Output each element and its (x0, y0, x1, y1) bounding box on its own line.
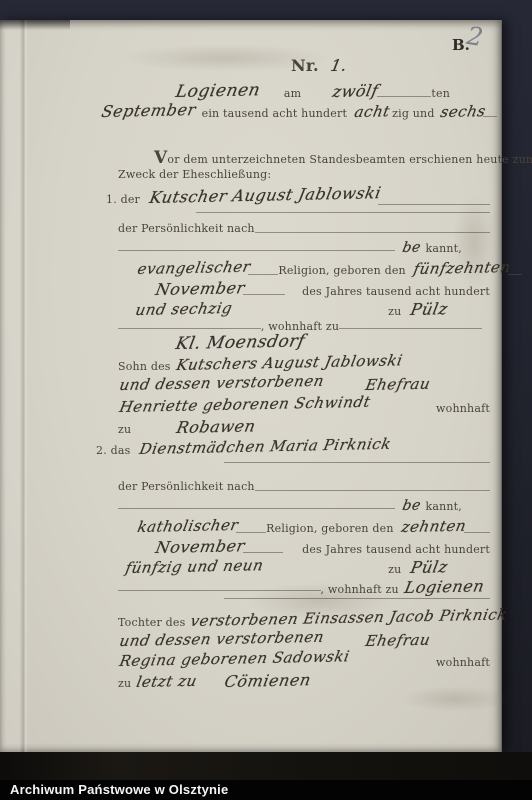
handwritten-entry: und sechzig (134, 299, 234, 319)
spacer (406, 279, 412, 280)
printed-form-text: Zweck der Eheschließung: (118, 168, 271, 181)
form-rule-line (464, 532, 490, 533)
handwritten-entry: katholischer (136, 516, 240, 536)
printed-form-text: Nr. (291, 56, 319, 75)
printed-form-text: des Jahres tausend acht hundert (302, 543, 490, 556)
spacer (140, 209, 148, 210)
handwritten-entry: Robawen (175, 416, 257, 437)
printed-form-text: des Jahres tausend acht hundert (302, 285, 490, 298)
handwritten-entry: fünfzig und neun (124, 556, 265, 577)
handwritten-entry: Pülz (409, 557, 449, 577)
residence-label-2: , wohnhaft zuLogienen (96, 578, 490, 596)
handwritten-entry: Logienen (403, 576, 486, 597)
spacer (283, 557, 302, 558)
form-rule-line (255, 490, 490, 491)
handwritten-entry: November (154, 536, 247, 557)
handwritten-entry: Regina geborenen Sadowski (118, 647, 351, 670)
spacer (435, 121, 439, 122)
handwritten-entry: Henriette geborenen Schwindt (118, 393, 372, 416)
handwritten-entry: Pülz (409, 299, 449, 319)
printed-form-text: zig und (392, 107, 434, 120)
handwritten-entry: letzt zu (135, 672, 199, 691)
handwritten-entry: evangelischer (136, 258, 252, 278)
spacer (446, 319, 490, 320)
blank-rule-2 (96, 462, 490, 468)
printed-form-text: 2. das (96, 444, 130, 457)
scanned-record-view: B. 2 Nr.1.LogienenamzwölftenSeptemberein… (0, 0, 532, 800)
printed-form-text: Sohn des (118, 360, 171, 373)
spacer (309, 693, 439, 694)
corner-shadow (0, 20, 70, 30)
mother-residence-1: zuRobawen (96, 418, 490, 438)
printed-form-text: zu (118, 423, 131, 436)
handwritten-entry: und dessen verstorbenen (118, 372, 326, 394)
archive-watermark-text: Archiwum Państwowe w Olsztynie (10, 782, 228, 797)
spacer (388, 121, 392, 122)
printed-form-text: ein tausend acht hundert (202, 107, 347, 120)
form-rule-line (243, 552, 283, 553)
birthyear-line-2: Novemberdes Jahres tausend acht hundert (96, 538, 490, 558)
spacer (401, 319, 409, 320)
form-rule-line (255, 232, 490, 233)
separator-rule (96, 598, 490, 604)
handwritten-entry: be (401, 498, 422, 514)
form-rule-line (118, 328, 261, 329)
bride-line: 2. dasDienstmädchen Maria Pirknick (96, 440, 490, 462)
form-rule-line (248, 274, 278, 275)
printed-form-text: Tochter des (118, 616, 185, 629)
identity-label-1: der Persönlichkeit nach (96, 222, 490, 238)
groom-line: 1. derKutscher August Jablowski (96, 188, 490, 210)
birthyear2-line-2: fünfzig und neunzuPülz (96, 558, 490, 578)
handwritten-entry: sechs (439, 102, 487, 121)
form-rule-line (224, 598, 490, 599)
printed-form-text: wohnhaft (436, 656, 490, 669)
printed-form-text: zu (388, 305, 401, 318)
handwritten-entry: Ehefrau (364, 631, 432, 650)
known-line-2: bekannt, (96, 498, 490, 514)
form-rule-line (224, 462, 490, 463)
spacer (131, 437, 175, 438)
form-rule-line (118, 250, 395, 251)
printed-form-text: wohnhaft (436, 402, 490, 415)
identity-label-2: der Persönlichkeit nach (96, 480, 490, 496)
handwritten-entry: Cömienen (223, 670, 313, 691)
form-rule-line (118, 508, 395, 509)
mother-residence-2: zuletzt zuCömienen (96, 672, 490, 694)
handwritten-entry: 1. (329, 56, 349, 75)
handwritten-entry: November (154, 278, 247, 299)
birthyear-line-1: Novemberdes Jahres tausend acht hundert (96, 280, 490, 300)
handwritten-entry: verstorbenen Einsassen Jacob Pirknick (189, 605, 509, 630)
handwritten-entry: be (401, 240, 422, 256)
form-rule-line (243, 294, 285, 295)
handwritten-entry: Ehefrau (364, 375, 432, 394)
religion-line-1: evangelischerReligion, geboren denfünfze… (96, 260, 490, 280)
printed-form-text: der Persönlichkeit nach (118, 480, 255, 493)
archive-caption-bar: Archiwum Państwowe w Olsztynie (0, 780, 532, 800)
handwritten-entry: und dessen verstorbenen (118, 628, 326, 650)
spacer (258, 101, 284, 102)
printed-form-text: Vor dem unterzeichneten Standesbeamten e… (154, 148, 532, 168)
printed-form-text: am (284, 87, 301, 100)
handwritten-entry: Logienen (174, 80, 262, 102)
spacer (319, 75, 329, 76)
printed-form-text: Religion, geboren den (278, 264, 406, 277)
mother-line-1a: und dessen verstorbenenEhefrau (96, 376, 490, 396)
spacer (195, 693, 223, 694)
place-date-line: Logienenamzwölften (96, 82, 490, 102)
spacer (131, 693, 135, 694)
document-lines: Nr.1.LogienenamzwölftenSeptemberein taus… (96, 56, 490, 694)
printed-form-text: 1. der (106, 193, 140, 206)
book-bottom-edge (0, 752, 532, 780)
appearance-line: Vor dem unterzeichneten Standesbeamten e… (96, 148, 490, 166)
handwritten-entry: Kl. Moensdorf (174, 331, 307, 354)
spacer (419, 513, 425, 514)
spacer (301, 101, 331, 102)
form-rule-line (236, 532, 266, 533)
form-rule-line (378, 204, 490, 205)
printed-form-text: der Persönlichkeit nach (118, 222, 255, 235)
year-line: Septemberein tausend acht hundertachtzig… (96, 102, 490, 122)
spacer (482, 595, 490, 596)
spacer (261, 577, 388, 578)
printed-form-text: zu (118, 677, 131, 690)
handwritten-entry: fünfzehnten (412, 258, 512, 278)
form-rule-line (339, 328, 482, 329)
page-fold-strip (0, 20, 20, 752)
handwritten-entry: zwölf (331, 81, 380, 101)
printed-form-text: ten (431, 87, 450, 100)
printed-form-text: kannt, (425, 500, 462, 513)
handwritten-entry: zehnten (400, 517, 468, 536)
handwritten-entry: September (100, 100, 198, 121)
printed-form-text: kannt, (425, 242, 462, 255)
form-rule-line (196, 212, 490, 213)
printed-form-text: zu (388, 563, 401, 576)
handwritten-entry: Kutscher August Jablowski (148, 183, 383, 207)
spacer (368, 417, 436, 418)
known-line-1: bekannt, (96, 240, 490, 256)
spacer (130, 461, 138, 462)
form-rule-line (508, 274, 522, 275)
spacer (394, 537, 400, 538)
handwritten-entry: acht (353, 102, 392, 121)
form-rule-line (118, 590, 321, 591)
religion-line-2: katholischerReligion, geboren denzehnten (96, 518, 490, 538)
spacer (419, 255, 425, 256)
printed-form-text: Religion, geboren den (266, 522, 394, 535)
mother-line-1b: Henriette geborenen Schwindtwohnhaft (96, 398, 490, 418)
mother-line-2b: Regina geborenen Sadowskiwohnhaft (96, 652, 490, 672)
gutter-crease (20, 20, 28, 752)
form-rule-line (483, 116, 497, 117)
form-rule-line (377, 96, 432, 97)
spacer (285, 299, 302, 300)
spacer (347, 121, 353, 122)
handwritten-entry: Kutschers August Jablowski (175, 351, 404, 374)
form-number-line: Nr.1. (96, 56, 490, 76)
printed-form-text: , wohnhaft zu (321, 583, 399, 596)
spacer (347, 671, 436, 672)
spacer (194, 121, 202, 122)
birthyear2-line-1: und sechzigzuPülz (96, 300, 490, 320)
handwritten-entry: Dienstmädchen Maria Pirknick (138, 435, 393, 458)
purpose-line: Zweck der Eheschließung: (96, 168, 490, 186)
blank-rule-1 (96, 212, 490, 218)
